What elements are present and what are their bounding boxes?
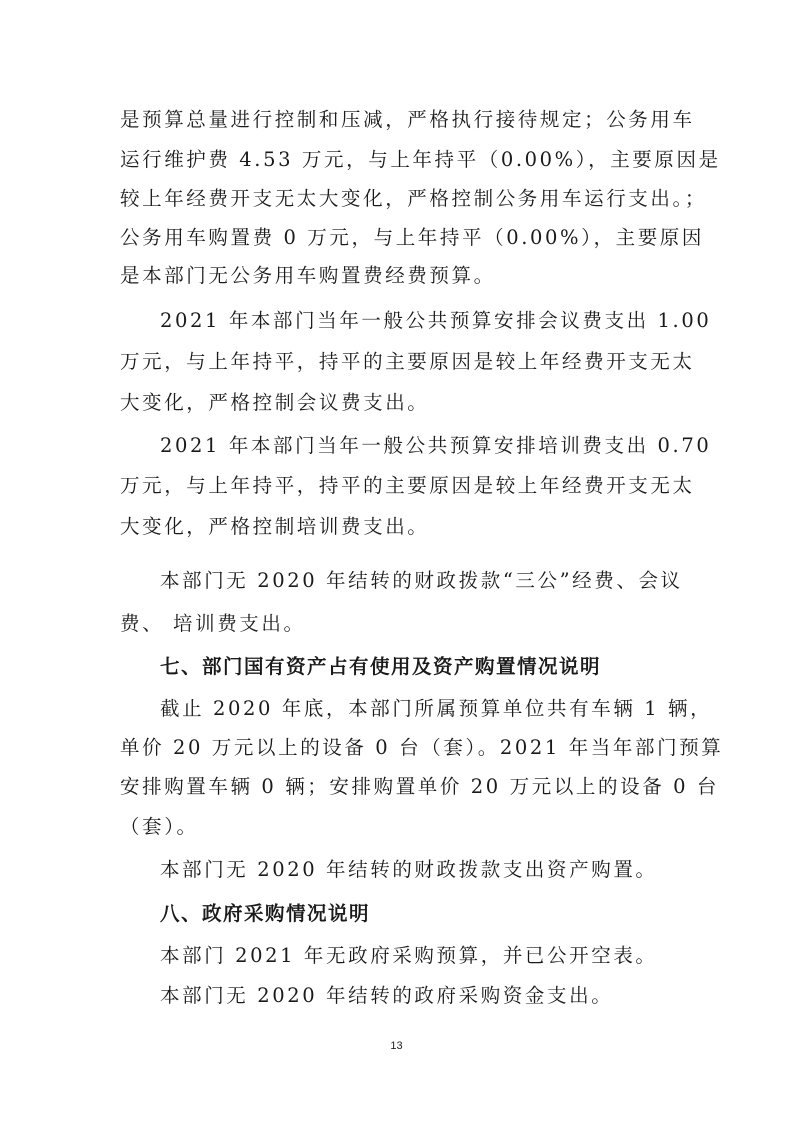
body-text-line: 公务用车购置费 0 万元，与上年持平（0.00%），主要原因 [120, 226, 680, 250]
body-text-line: 运行维护费 4.53 万元，与上年持平（0.00%），主要原因是 [120, 148, 680, 172]
body-text-line: 大变化，严格控制培训费支出。 [120, 515, 680, 539]
paragraph-procurement-carryover: 本部门无 2020 年结转的政府采购资金支出。 [160, 984, 720, 1008]
section-heading-procurement: 八、政府采购情况说明 [160, 902, 720, 926]
paragraph-carryover-three-public: 本部门无 2020 年结转的财政拨款“三公”经费、会议 [160, 569, 720, 593]
paragraph-asset-carryover: 本部门无 2020 年结转的财政拨款支出资产购置。 [160, 858, 720, 882]
page-number: 13 [0, 1040, 793, 1052]
body-text-line: 较上年经费开支无太大变化，严格控制公务用车运行支出。； [120, 187, 680, 211]
body-text-line: 安排购置车辆 0 辆；安排购置单价 20 万元以上的设备 0 台 [120, 775, 680, 799]
section-heading-assets: 七、部门国有资产占有使用及资产购置情况说明 [160, 655, 720, 679]
paragraph-meeting-fee: 2021 年本部门当年一般公共预算安排会议费支出 1.00 [160, 309, 720, 333]
body-text-line: 单价 20 万元以上的设备 0 台（套）。2021 年当年部门预算 [120, 736, 680, 760]
body-text-line: 是预算总量进行控制和压减，严格执行接待规定；公务用车 [120, 108, 680, 132]
body-text-line: 大变化，严格控制会议费支出。 [120, 391, 680, 415]
paragraph-training-fee: 2021 年本部门当年一般公共预算安排培训费支出 0.70 [160, 434, 720, 458]
body-text-line: 万元，与上年持平，持平的主要原因是较上年经费开支无太 [120, 350, 680, 374]
paragraph-assets: 截止 2020 年底，本部门所属预算单位共有车辆 1 辆， [160, 697, 720, 721]
body-text-line: 是本部门无公务用车购置费经费预算。 [120, 264, 680, 288]
document-page: 是预算总量进行控制和压减，严格执行接待规定；公务用车 运行维护费 4.53 万元… [0, 0, 793, 1122]
body-text-line: 费、 培训费支出。 [120, 612, 680, 636]
body-text-line: 万元，与上年持平，持平的主要原因是较上年经费开支无太 [120, 474, 680, 498]
paragraph-procurement: 本部门 2021 年无政府采购预算，并已公开空表。 [160, 944, 720, 968]
body-text-line: （套）。 [120, 815, 680, 839]
